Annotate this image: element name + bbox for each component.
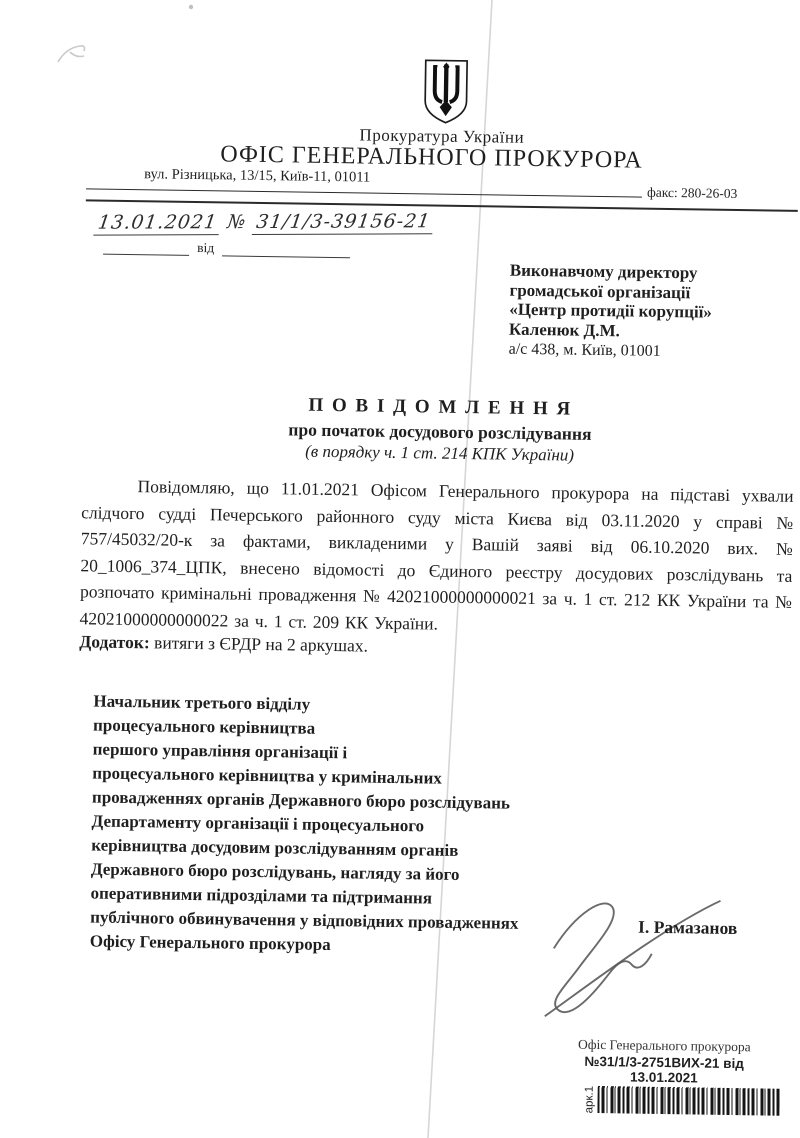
letterhead-rule-thin <box>86 188 642 197</box>
incoming-ref-blank-row: від <box>103 239 350 259</box>
signer-position-block: Начальник третього відділу процесуальног… <box>90 690 594 961</box>
blank-date-line <box>222 242 350 258</box>
sheet-label: арк.1 <box>583 1086 595 1114</box>
ref-date: 13.01.2021 <box>93 211 221 235</box>
fax-number: факс: 280-26-03 <box>647 185 738 202</box>
attachment-line: Додаток: витяги з ЄРДР на 2 аркушах. <box>79 631 368 656</box>
body-paragraph: Повідомляю, що 11.01.2021 Офісом Генерал… <box>79 472 793 642</box>
barcode-icon <box>597 1086 779 1116</box>
registration-stamp: Офіс Генерального прокурора №31/1/3-2751… <box>547 1036 780 1116</box>
recipient-line: а/с 438, м. Київ, 01001 <box>509 340 784 364</box>
stamp-date: 13.01.2021 <box>548 1068 780 1086</box>
barcode-row: арк.1 <box>547 1085 779 1116</box>
stamp-org: Офіс Генерального прокурора <box>548 1036 780 1055</box>
attachment-text: витяги з ЄРДР на 2 аркушах. <box>154 632 368 655</box>
recipient-line: Каленюк Д.М. <box>509 319 784 343</box>
handwritten-signature-icon <box>541 890 733 1030</box>
scanned-letter-page: Прокуратура України ОФІС ГЕНЕРАЛЬНОГО ПР… <box>0 0 800 1138</box>
notice-title-block: П О В І Д О М Л Е Н Н Я про початок досу… <box>87 391 793 468</box>
ref-number-sign: № <box>226 211 248 233</box>
attachment-label: Додаток: <box>79 631 150 652</box>
ukraine-trident-emblem <box>422 58 470 130</box>
recipient-block: Виконавчому директору громадської органі… <box>509 261 785 364</box>
handwritten-reference: 13.01.2021 № 31/1/3-39156-21 <box>94 210 435 233</box>
ref-number: 31/1/3-39156-21 <box>252 210 435 235</box>
signer-name: І. Рамазанов <box>638 917 737 939</box>
org-address: вул. Різницька, 13/15, Київ-11, 01011 <box>144 166 370 186</box>
blank-number-line <box>103 241 189 256</box>
vid-label: від <box>197 240 214 255</box>
